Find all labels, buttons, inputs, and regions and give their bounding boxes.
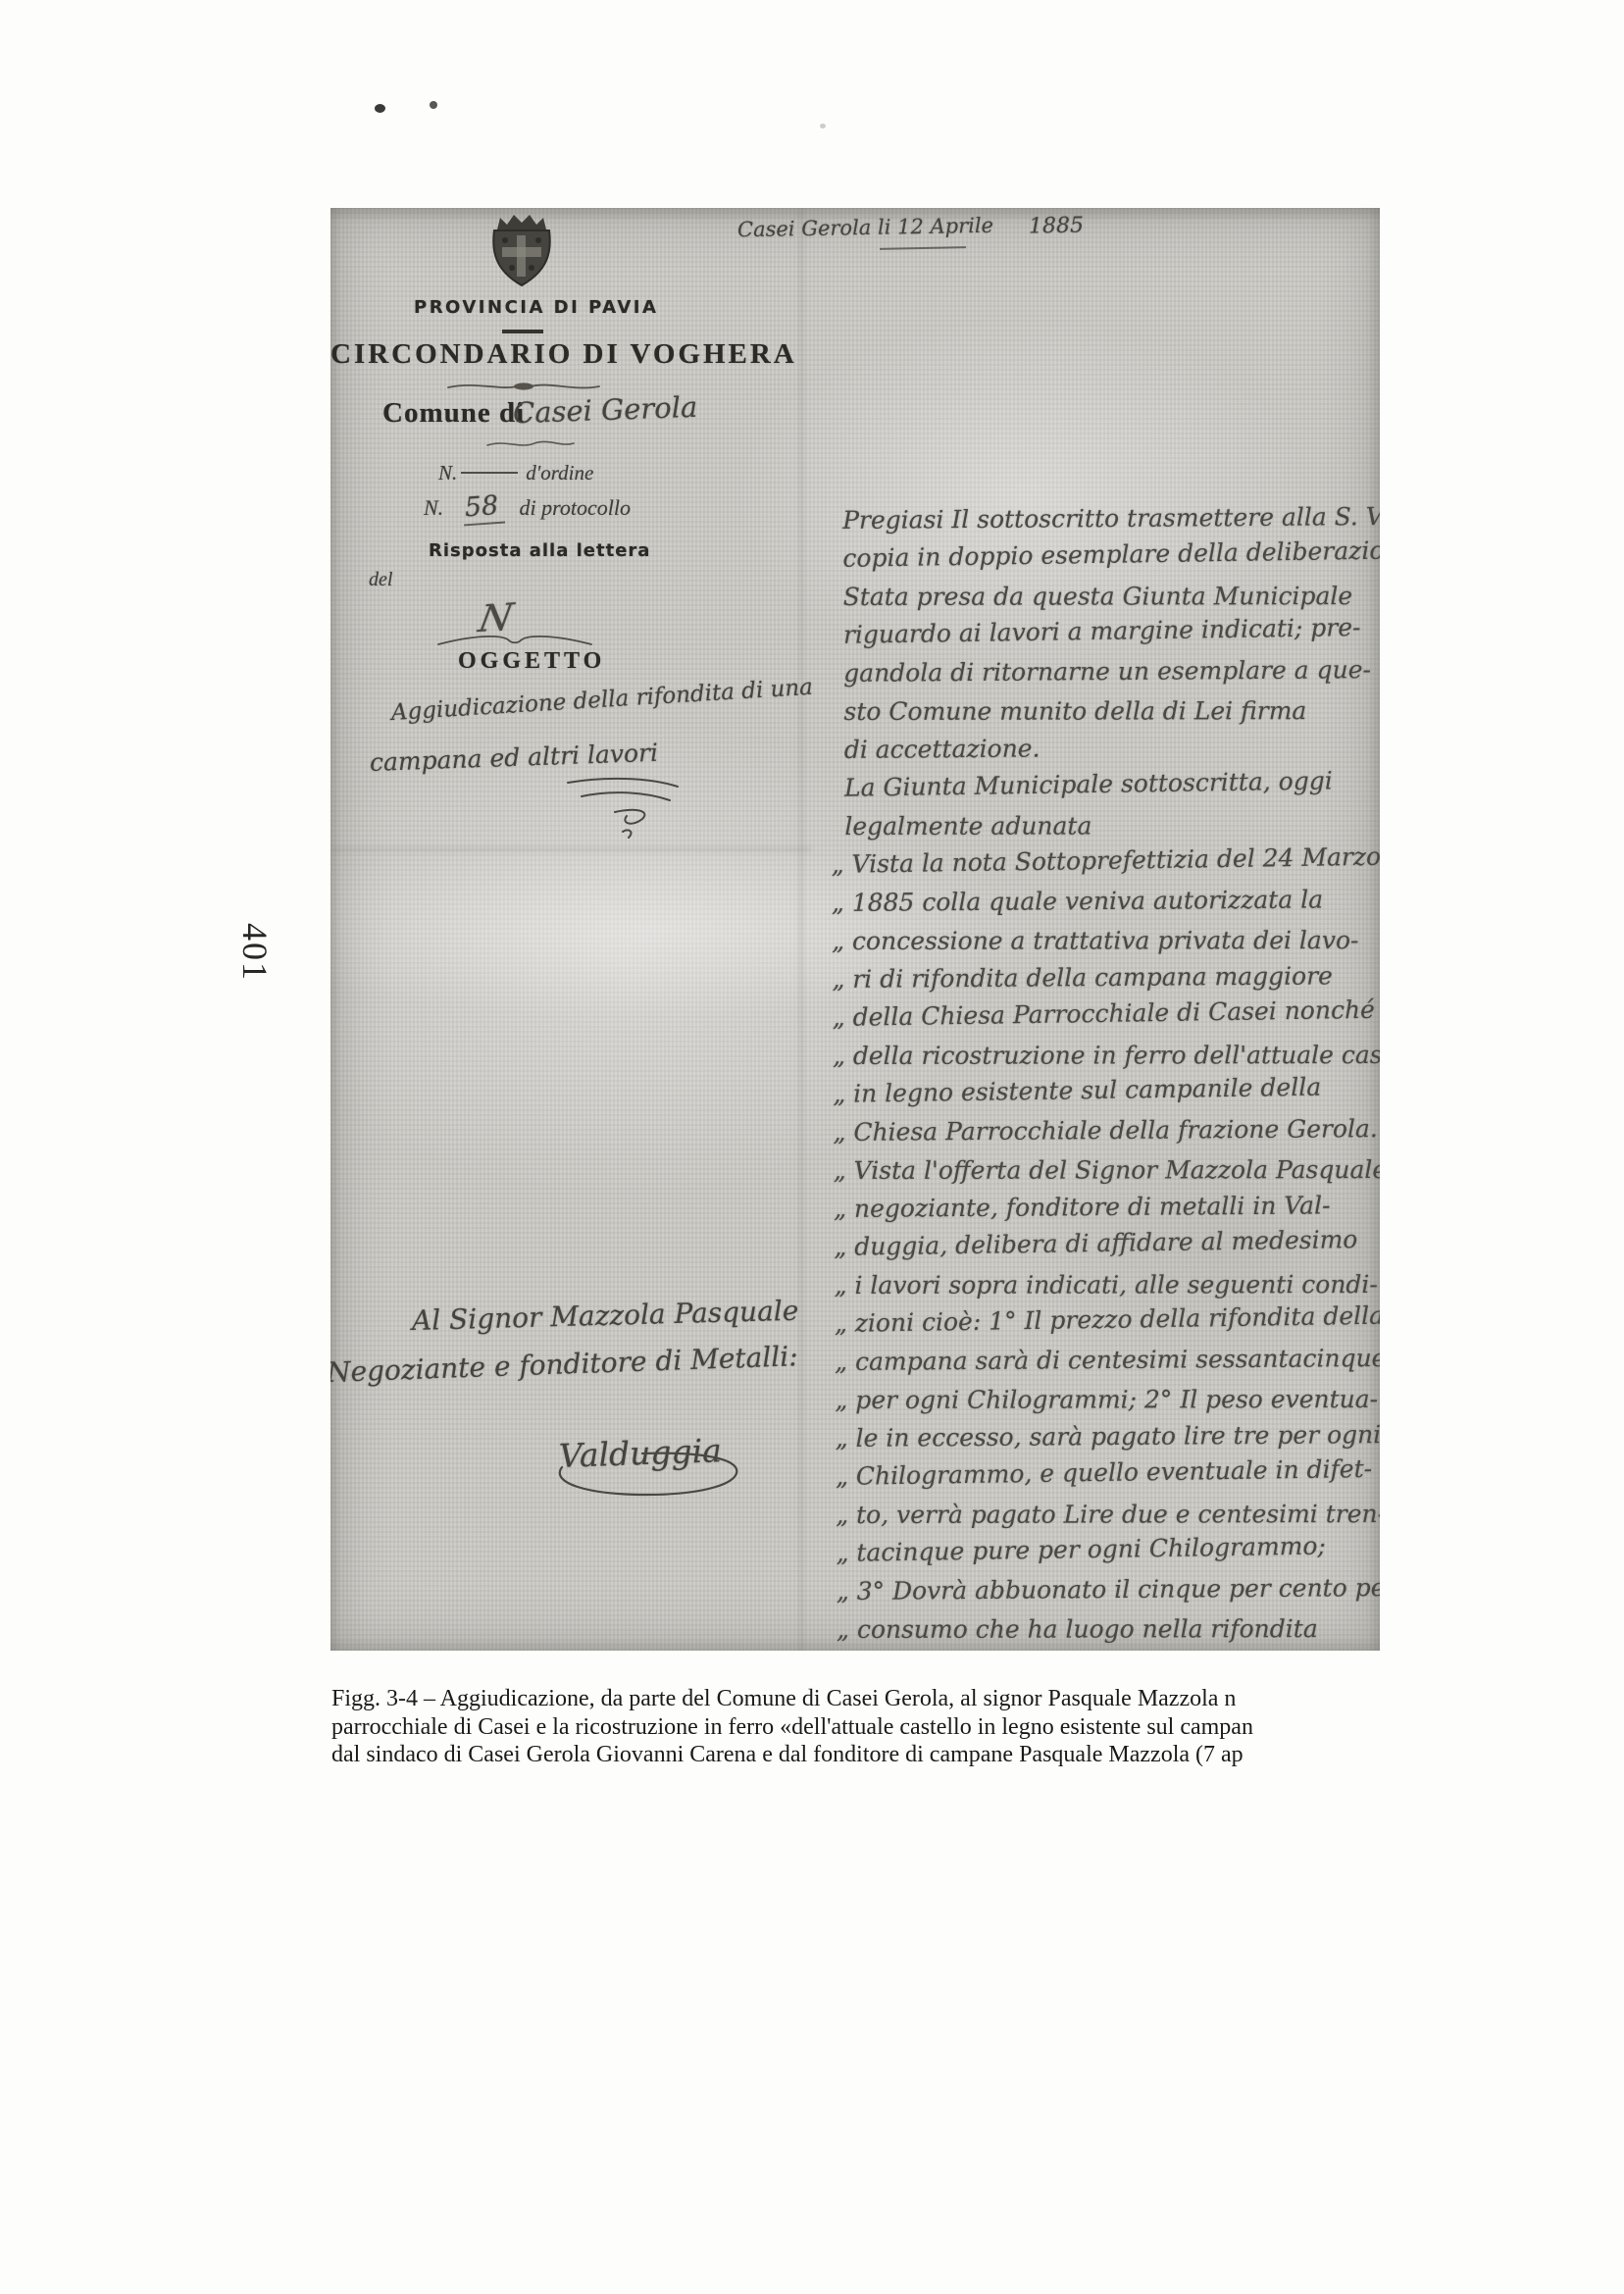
letter-line: „ tacinque pure per ogni Chilogrammo; xyxy=(836,1525,1380,1572)
letter-line: La Giunta Municipale sottoscritta, oggi xyxy=(831,760,1380,807)
date-underline xyxy=(880,246,966,250)
ornament-squiggle xyxy=(446,379,601,394)
letter-line: „ Chiesa Parrocchiale della frazione Ger… xyxy=(833,1109,1380,1151)
page-number: 401 xyxy=(234,923,276,982)
oggetto-label: OGGETTO xyxy=(458,648,605,675)
brace-ornament xyxy=(436,632,593,649)
letter-line: „ 1885 colla quale veniva autorizzata la xyxy=(832,880,1380,922)
coat-of-arms-icon xyxy=(485,214,558,290)
letter-line: „ Vista l'offerta del Signor Mazzola Pas… xyxy=(834,1150,1380,1190)
ordine-blank-rule xyxy=(461,472,518,474)
caption-line: Figg. 3-4 – Aggiudicazione, da parte del… xyxy=(331,1685,1253,1713)
fold-crease xyxy=(799,208,803,1651)
district-heading: CIRCONDARIO DI VOGHERA xyxy=(330,338,735,371)
letter-line: „ duggia, delibera di affidare al medesi… xyxy=(834,1219,1380,1266)
letter-line: „ 3° Dovrà abbuonato il cinque per cento… xyxy=(837,1568,1380,1610)
caption-line: parrocchiale di Casei e la ricostruzione… xyxy=(331,1713,1253,1742)
ink-speck xyxy=(375,104,385,113)
letter-line: „ Chilogrammo, e quello eventuale in dif… xyxy=(836,1449,1380,1496)
ornament-squiggle-small xyxy=(485,437,576,451)
letter-line: „ della Chiesa Parrocchiale di Casei non… xyxy=(832,990,1380,1037)
protocollo-label: di protocollo xyxy=(520,495,631,520)
ink-speck xyxy=(430,101,437,109)
letter-line: „ campana sarà di centesimi sessantacinq… xyxy=(835,1339,1380,1381)
ordine-line: N.d'ordine xyxy=(438,461,593,485)
oggetto-line: Aggiudicazione della rifondita di una xyxy=(390,675,813,726)
risposta-label: Risposta alla lettera xyxy=(429,540,615,561)
oggetto-line: campana ed altri lavori xyxy=(369,739,658,777)
letter-line: riguardo ai lavori a margine indicati; p… xyxy=(830,607,1380,654)
date-place: Casei Gerola li 12 Aprile xyxy=(737,214,993,242)
letter-line: sto Comune munito della di Lei firma xyxy=(830,691,1380,731)
book-page: 401 Casei Gerola li 12 Aprile 1885 PROVI… xyxy=(0,0,1624,2294)
fold-crease xyxy=(330,847,811,851)
protocollo-number: 58 xyxy=(462,490,506,527)
letter-line: copia in doppio esemplare della delibera… xyxy=(829,531,1380,578)
flourish-ornament xyxy=(564,775,682,843)
caption-line: dal sindaco di Casei Gerola Giovanni Car… xyxy=(331,1741,1253,1769)
letter-line: „ zioni cioè: 1° Il prezzo della rifondi… xyxy=(835,1296,1380,1343)
comune-value: Casei Gerola xyxy=(512,390,697,431)
protocollo-n: N. xyxy=(424,495,443,520)
ink-speck xyxy=(820,124,826,128)
valduggia-flourish xyxy=(548,1446,744,1504)
letter-line: „ concessione a trattativa privata dei l… xyxy=(832,921,1380,960)
letter-line: „ per ogni Chilogrammi; 2° Il peso event… xyxy=(835,1380,1380,1419)
del-label: del xyxy=(369,569,392,591)
address-line: Negoziante e fonditore di Metalli: xyxy=(330,1340,798,1389)
ordine-label: d'ordine xyxy=(526,461,593,484)
address-line: Al Signor Mazzola Pasquale xyxy=(412,1295,799,1337)
figure-caption: Figg. 3-4 – Aggiudicazione, da parte del… xyxy=(331,1685,1253,1769)
scanned-document: Casei Gerola li 12 Aprile 1885 PROVINCIA… xyxy=(330,208,1380,1651)
ordine-n: N. xyxy=(438,461,457,484)
date-year: 1885 xyxy=(1029,214,1084,239)
letter-body: Pregiasi Il sottoscritto trasmettere all… xyxy=(829,497,1380,1649)
letter-line: „ in legno esistente sul campanile della xyxy=(833,1066,1380,1113)
letter-line: gandola di ritornarne un esemplare a que… xyxy=(830,650,1380,692)
coat-of-arms xyxy=(485,214,558,290)
letter-line: „ consumo che ha luogo nella rifondita xyxy=(837,1609,1380,1649)
comune-label: Comune di xyxy=(382,397,525,430)
divider-rule xyxy=(502,330,543,333)
province-heading: PROVINCIA DI PAVIA xyxy=(414,297,630,318)
letter-line: „ Vista la nota Sottoprefettizia del 24 … xyxy=(831,837,1380,884)
protocollo-line: N. 58 di protocollo xyxy=(424,491,631,525)
